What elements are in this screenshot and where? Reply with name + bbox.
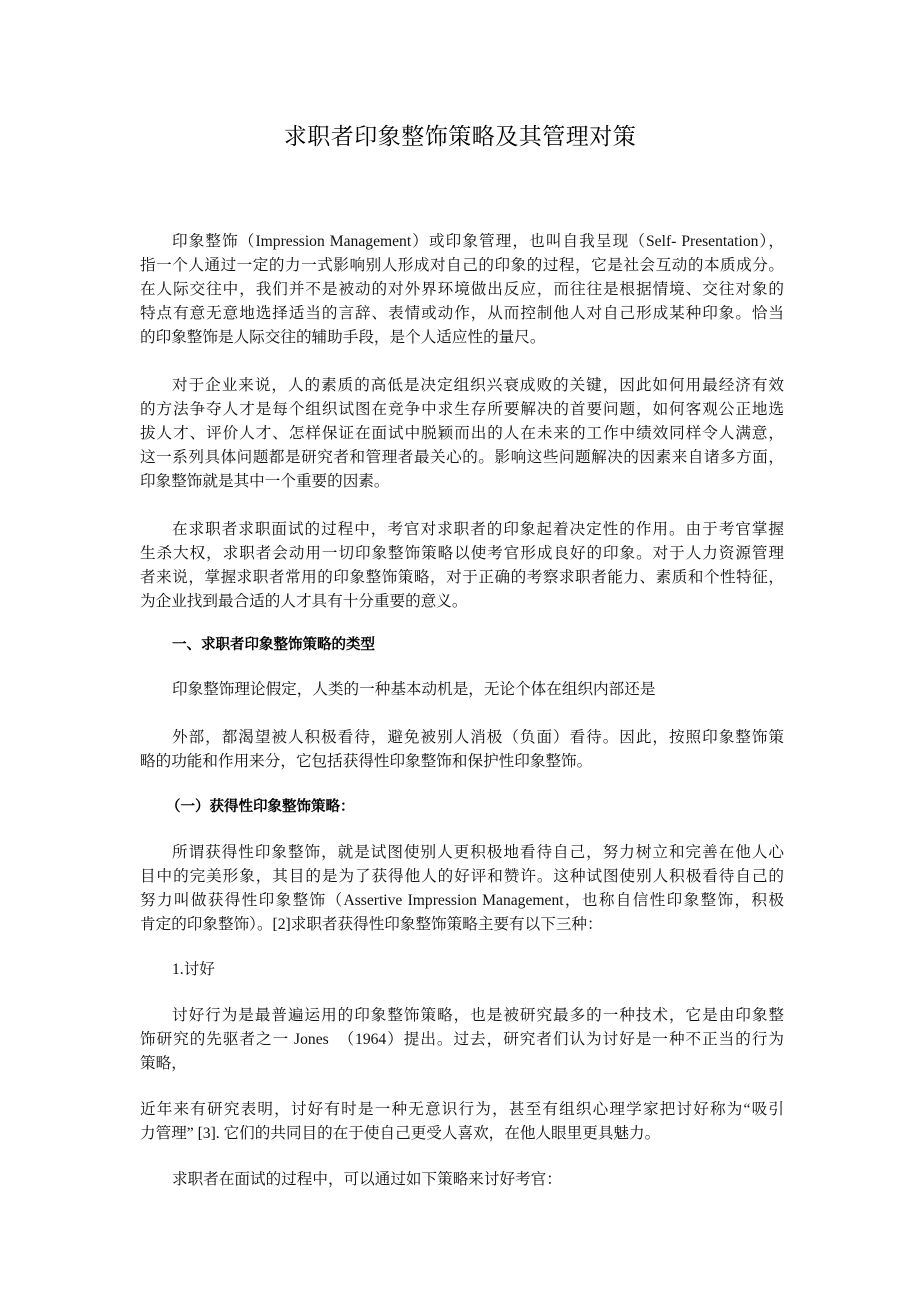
text-line: 所谓获得性印象整饰，就是试图使别人更积极地看待自己，努力树立和完善在他人心 (140, 841, 784, 865)
paragraph-external: 外部，都渴望被人积极看待，避免被别人消极（负面）看待。因此，按照印象整饰策 略的… (140, 726, 784, 774)
text-line: 近年来有研究表明，讨好有时是一种无意识行为，甚至有组织心理学家把讨好称为“吸引 (140, 1098, 784, 1122)
paragraph-intro: 印象整饰（Impression Management）或印象管理，也叫自我呈现（… (140, 230, 784, 350)
paragraph-assertive: 所谓获得性印象整饰，就是试图使别人更积极地看待自己，努力树立和完善在他人心 目中… (140, 841, 784, 937)
text-line: 对于企业来说，人的素质的高低是决定组织兴衰成败的关键，因此如何用最经济有效 (140, 374, 784, 398)
text-line: 策略， (140, 1052, 784, 1076)
document-title: 求职者印象整饰策略及其管理对策 (0, 118, 920, 151)
text-line: 特点有意无意地选择适当的言辞、表情或动作，从而控制他人对自己形成某种印象。恰当 (140, 302, 784, 326)
section-heading-types: 一、求职者印象整饰策略的类型 (172, 633, 772, 657)
text-line: 者来说，掌握求职者常用的印象整饰策略，对于正确的考察求职者能力、素质和个性特征， (140, 566, 784, 590)
paragraph-strategies-intro: 求职者在面试的过程中，可以通过如下策略来讨好考官： (140, 1168, 784, 1192)
text-line: 在人际交往中，我们并不是被动的对外界环境做出反应，而往往是根据情境、交往对象的 (140, 278, 784, 302)
text-line: 肯定的印象整饰）。[2]求职者获得性印象整饰策略主要有以下三种： (140, 913, 784, 937)
paragraph-ingratiation: 讨好行为是最普遍运用的印象整饰策略，也是被研究最多的一种技术，它是由印象整 饰研… (140, 1004, 784, 1076)
paragraph-enterprise: 对于企业来说，人的素质的高低是决定组织兴衰成败的关键，因此如何用最经济有效 的方… (140, 374, 784, 494)
text-line: 努力叫做获得性印象整饰（Assertive Impression Managem… (140, 889, 784, 913)
text-line: 印象整饰就是其中一个重要的因素。 (140, 470, 784, 494)
text-line: 目中的完美形象，其目的是为了获得他人的好评和赞许。这种试图使别人积极看待自己的 (140, 865, 784, 889)
text-line: 力管理” [3]. 它们的共同目的在于使自己更受人喜欢，在他人眼里更具魅力。 (140, 1122, 784, 1146)
text-line: 拔人才、评价人才、怎样保证在面试中脱颖而出的人在未来的工作中绩效同样令人满意， (140, 422, 784, 446)
text-line: 指一个人通过一定的力一式影响别人形成对自己的印象的过程，它是社会互动的本质成分。 (140, 254, 784, 278)
text-line: 生杀大权，求职者会动用一切印象整饰策略以使考官形成良好的印象。对于人力资源管理 (140, 542, 784, 566)
text-line: 1.讨好 (140, 958, 784, 982)
text-line: 为企业找到最合适的人才具有十分重要的意义。 (140, 590, 784, 614)
paragraph-interview: 在求职者求职面试的过程中，考官对求职者的印象起着决定性的作用。由于考官掌握 生杀… (140, 518, 784, 614)
text-line: 在求职者求职面试的过程中，考官对求职者的印象起着决定性的作用。由于考官掌握 (140, 518, 784, 542)
paragraph-theory: 印象整饰理论假定，人类的一种基本动机是，无论个体在组织内部还是 (140, 678, 784, 702)
text-line: 印象整饰理论假定，人类的一种基本动机是，无论个体在组织内部还是 (140, 678, 784, 702)
text-line: 饰研究的先驱者之一 Jones （1964）提出。过去，研究者们认为讨好是一种不… (140, 1028, 784, 1052)
text-line: 的印象整饰是人际交往的辅助手段，是个人适应性的量尺。 (140, 326, 784, 350)
text-line: 讨好行为是最普遍运用的印象整饰策略，也是被研究最多的一种技术，它是由印象整 (140, 1004, 784, 1028)
text-line: 印象整饰（Impression Management）或印象管理，也叫自我呈现（… (140, 230, 784, 254)
subsection-heading-assertive: （一）获得性印象整饰策略： (166, 795, 766, 819)
text-line: 略的功能和作用来分，它包括获得性印象整饰和保护性印象整饰。 (140, 750, 784, 774)
item-heading-ingratiation: 1.讨好 (140, 958, 784, 982)
text-line: 外部，都渴望被人积极看待，避免被别人消极（负面）看待。因此，按照印象整饰策 (140, 726, 784, 750)
document-page: 求职者印象整饰策略及其管理对策 印象整饰（Impression Manageme… (0, 0, 920, 1302)
paragraph-recent-research: 近年来有研究表明，讨好有时是一种无意识行为，甚至有组织心理学家把讨好称为“吸引 … (140, 1098, 784, 1146)
text-line: 求职者在面试的过程中，可以通过如下策略来讨好考官： (140, 1168, 784, 1192)
text-line: 这一系列具体问题都是研究者和管理者最关心的。影响这些问题解决的因素来自诸多方面， (140, 446, 784, 470)
text-line: 的方法争夺人才是每个组织试图在竞争中求生存所要解决的首要问题，如何客观公正地选 (140, 398, 784, 422)
